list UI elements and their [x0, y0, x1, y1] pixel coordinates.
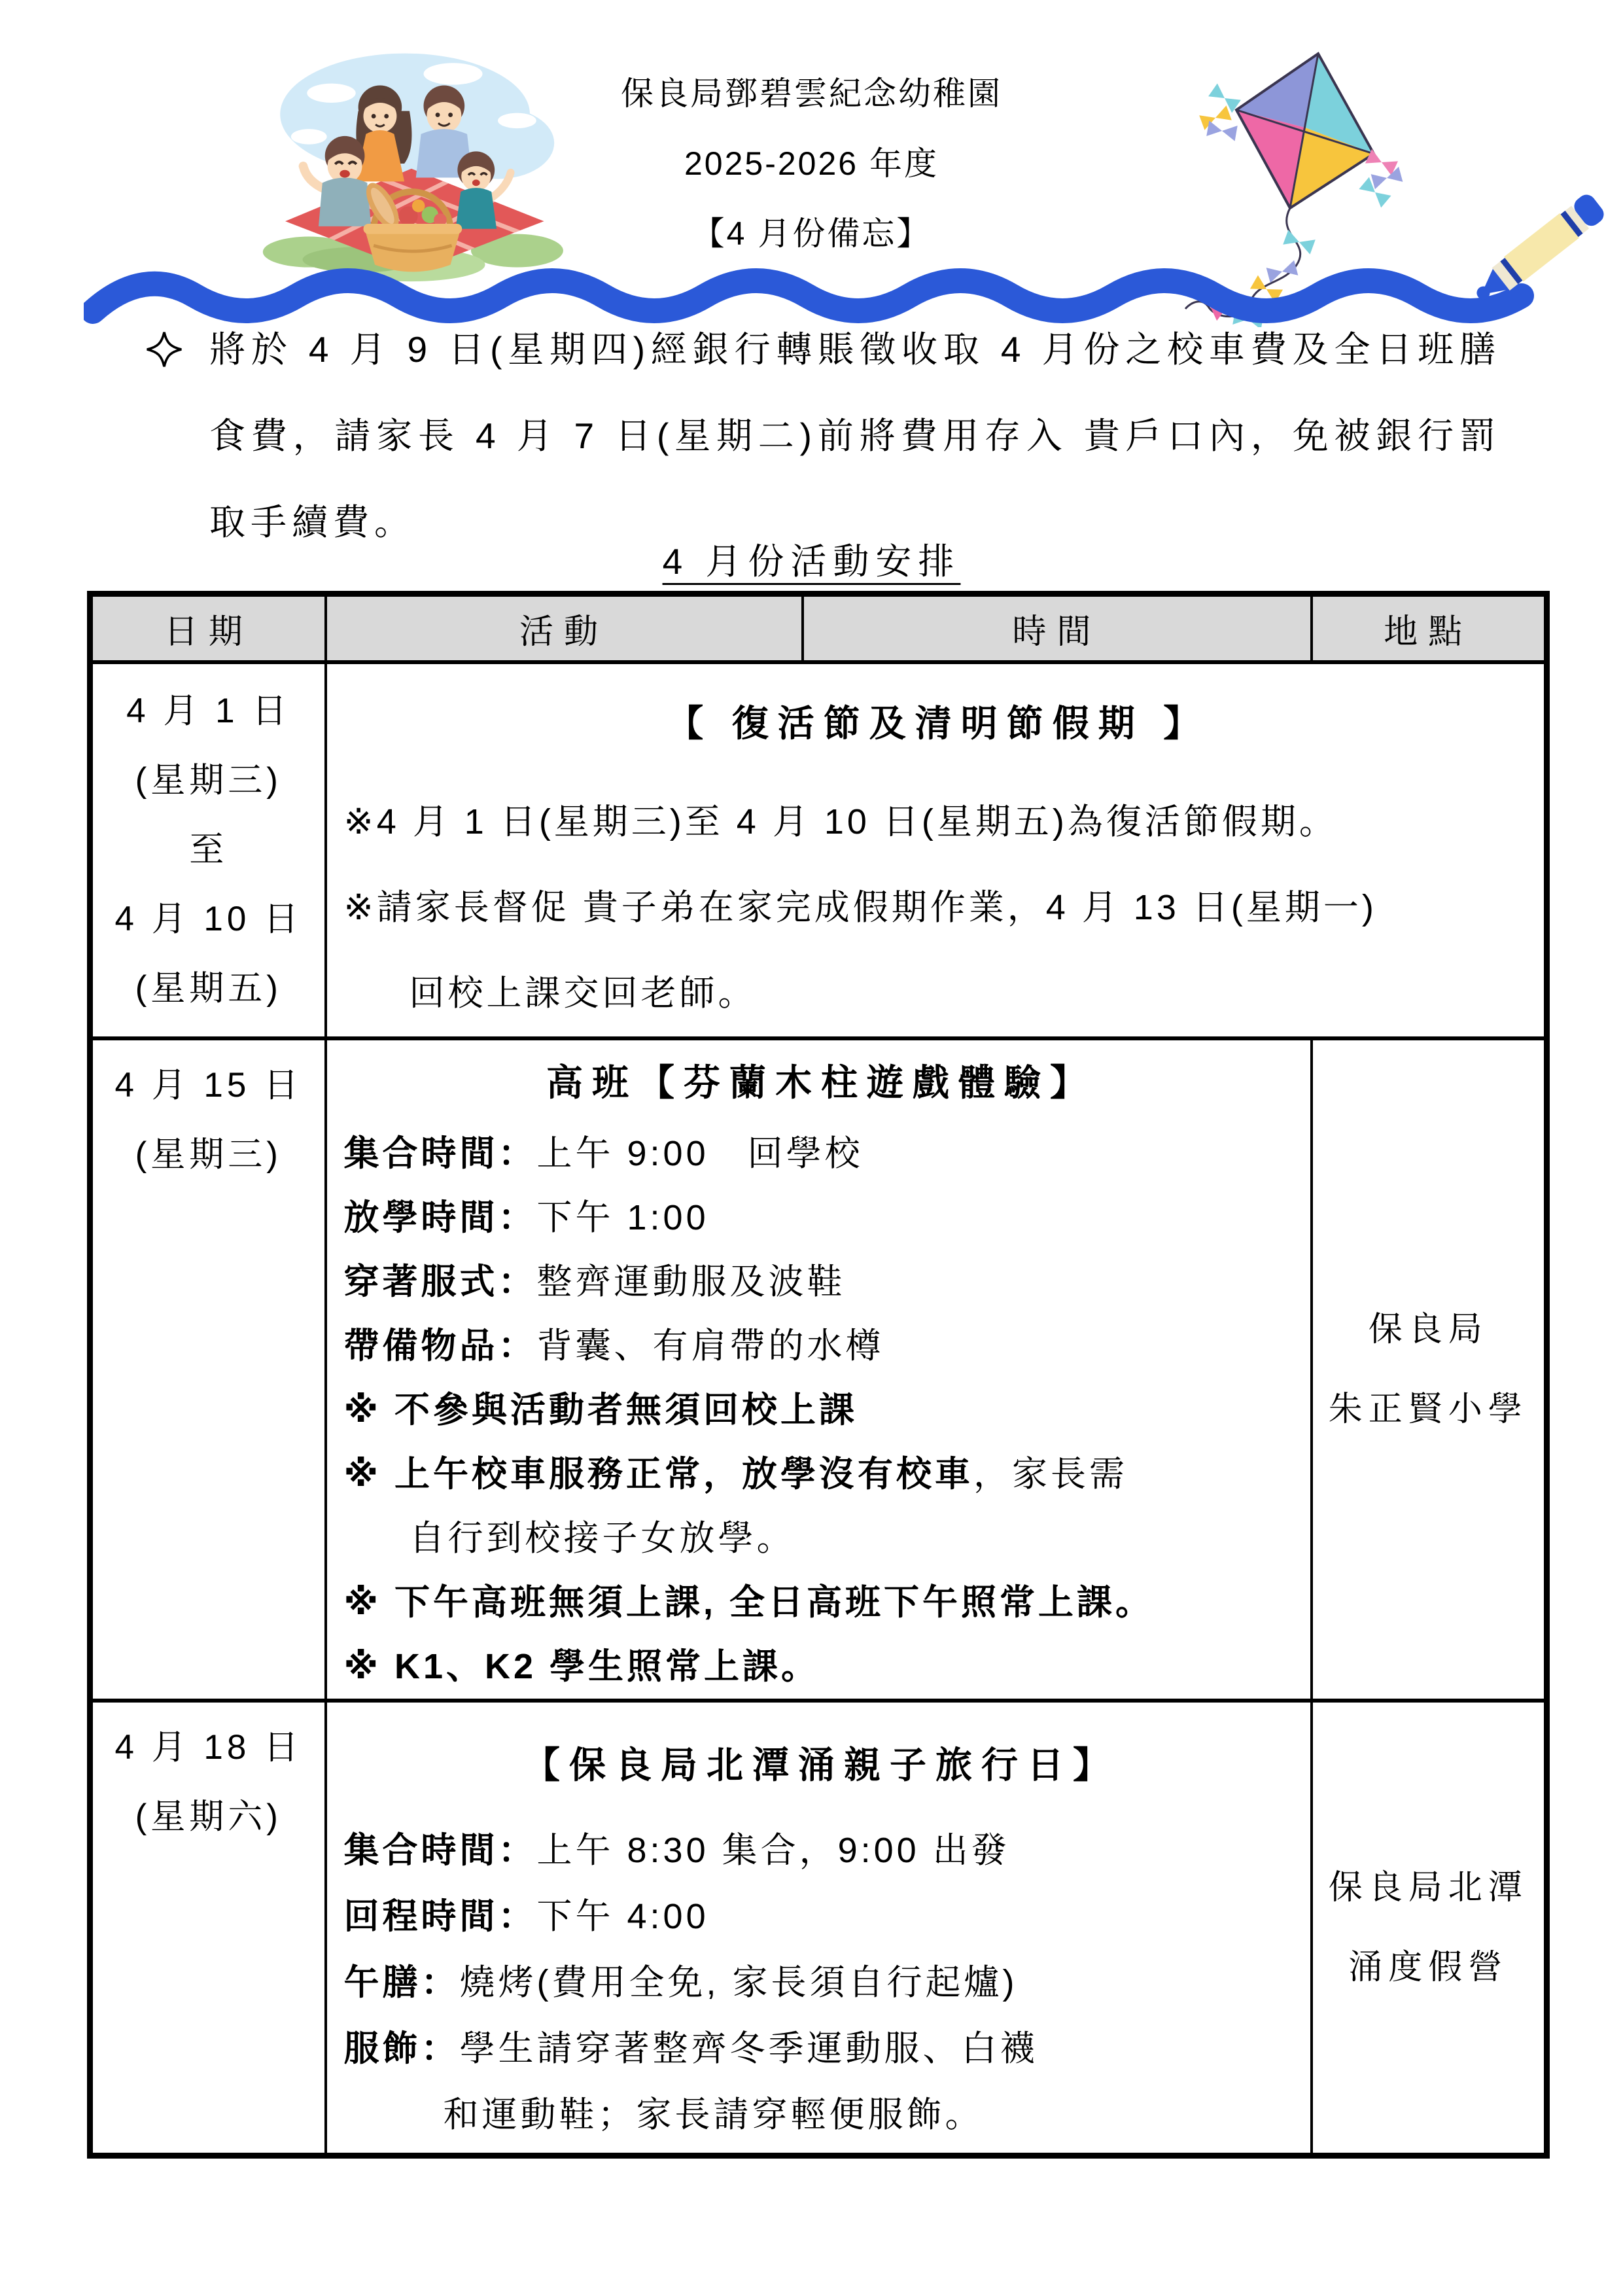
- activity-line: 穿著服式：整齊運動服及波鞋: [344, 1250, 1299, 1314]
- line-text: 整齊運動服及波鞋: [537, 1262, 846, 1301]
- line-text: 燒烤(費用全免, 家長須自行起爐): [460, 1963, 1018, 2002]
- activity-line: 帶備物品：背囊、有肩帶的水樽: [344, 1314, 1299, 1378]
- date-line: 4 月 18 日: [94, 1713, 324, 1782]
- activity-table: 日期 活動 時間 地點 4 月 1 日 (星期三) 至 4 月 10 日 (星期…: [87, 591, 1550, 2159]
- line-label: 服飾：: [344, 2029, 460, 2068]
- line-label: 午膳：: [344, 1963, 460, 2002]
- line-text: 下午 4:00: [537, 1897, 709, 1936]
- line-label: ※ 不參與活動者無須回校上課: [344, 1390, 858, 1430]
- activity-line: 集合時間：上午 9:00 回學校: [344, 1122, 1299, 1186]
- activity-line: ※4 月 1 日(星期三)至 4 月 10 日(星期五)為復活節假期。: [344, 779, 1533, 865]
- crayon-icon: [1471, 164, 1623, 321]
- date-line: 4 月 10 日: [94, 885, 324, 954]
- date-line: (星期三): [94, 746, 324, 815]
- activity-line: 放學時間：下午 1:00: [344, 1186, 1299, 1250]
- location-cell: 保良局 朱正賢小學: [1312, 1038, 1547, 1701]
- date-line: 4 月 15 日: [94, 1051, 324, 1120]
- notice-text: 將於 4 月 9 日(星期四)經銀行轉賬徵收取 4 月份之校車費及全日班膳食費，…: [209, 306, 1501, 565]
- line-label: 回程時間：: [344, 1897, 537, 1936]
- activity-line: 午膳：燒烤(費用全免, 家長須自行起爐): [344, 1950, 1299, 2016]
- notice-section: 將於 4 月 9 日(星期四)經銀行轉賬徵收取 4 月份之校車費及全日班膳食費，…: [145, 306, 1501, 565]
- location-line: 保良局北潭: [1314, 1848, 1544, 1928]
- date-line: (星期五): [94, 954, 324, 1023]
- memo-page: 保良局鄧碧雲紀念幼稚園 2025-2026 年度 【4 月份備忘】: [0, 0, 1623, 2296]
- line-label: 帶備物品：: [344, 1326, 537, 1366]
- column-header-activity: 活動: [326, 594, 803, 662]
- activity-line: 回程時間：下午 4:00: [344, 1884, 1299, 1950]
- column-header-location: 地點: [1312, 594, 1547, 662]
- activity-line: 集合時間：上午 8:30 集合，9:00 出發: [344, 1818, 1299, 1884]
- date-line: 至: [94, 815, 324, 885]
- date-cell: 4 月 18 日 (星期六): [90, 1701, 326, 2156]
- activity-line: ※ 上午校車服務正常，放學沒有校車，家長需: [344, 1442, 1299, 1506]
- location-line: 朱正賢小學: [1314, 1369, 1544, 1449]
- activity-line: 服飾：學生請穿著整齊冬季運動服、白襪: [344, 2016, 1299, 2082]
- location-cell: 保良局北潭 涌度假營: [1312, 1701, 1547, 2156]
- date-cell: 4 月 15 日 (星期三): [90, 1038, 326, 1701]
- line-label: 放學時間：: [344, 1198, 537, 1237]
- line-label: ※ 上午校車服務正常，放學沒有校車: [344, 1455, 974, 1494]
- activity-line: ※ 不參與活動者無須回校上課: [344, 1378, 1299, 1442]
- date-line: (星期六): [94, 1782, 324, 1852]
- header-row: 日期 活動 時間 地點: [90, 594, 1547, 662]
- line-text: ，家長需: [973, 1455, 1128, 1494]
- line-label: ※ K1、K2 學生照常上課。: [344, 1647, 820, 1686]
- date-cell: 4 月 1 日 (星期三) 至 4 月 10 日 (星期五): [90, 662, 326, 1038]
- line-label: 集合時間：: [344, 1134, 537, 1173]
- line-text: 背囊、有肩帶的水樽: [537, 1326, 884, 1366]
- column-header-date: 日期: [90, 594, 326, 662]
- activity-title: 【 復活節及清明節假期 】: [344, 668, 1533, 779]
- line-text: 上午 8:30 集合，9:00 出發: [537, 1831, 1010, 1870]
- location-line: 涌度假營: [1314, 1928, 1544, 2007]
- activity-row-easter-holiday: 4 月 1 日 (星期三) 至 4 月 10 日 (星期五) 【 復活節及清明節…: [90, 662, 1547, 1038]
- activity-line: ※ 下午高班無須上課, 全日高班下午照常上課。: [344, 1570, 1299, 1634]
- activity-line: ※請家長督促 貴子弟在家完成假期作業，4 月 13 日(星期一): [344, 865, 1533, 951]
- date-line: 4 月 1 日: [94, 677, 324, 746]
- activity-line: 自行到校接子女放學。: [344, 1506, 1299, 1570]
- activity-cell: 高班【芬蘭木柱遊戲體驗】 集合時間：上午 9:00 回學校 放學時間：下午 1:…: [326, 1038, 1312, 1701]
- activity-row-family-trip: 4 月 18 日 (星期六) 【保良局北潭涌親子旅行日】 集合時間：上午 8:3…: [90, 1701, 1547, 2156]
- column-header-time: 時間: [803, 594, 1312, 662]
- line-text: 學生請穿著整齊冬季運動服、白襪: [460, 2029, 1039, 2068]
- activity-row-finnish-game: 4 月 15 日 (星期三) 高班【芬蘭木柱遊戲體驗】 集合時間：上午 9:00…: [90, 1038, 1547, 1701]
- activity-line: 回校上課交回老師。: [344, 951, 1533, 1036]
- activity-title: 高班【芬蘭木柱遊戲體驗】: [344, 1044, 1299, 1122]
- schedule-title: 4 月份活動安排: [0, 535, 1623, 588]
- activity-title: 【保良局北潭涌親子旅行日】: [344, 1706, 1299, 1818]
- line-label: 集合時間：: [344, 1831, 537, 1870]
- date-line: (星期三): [94, 1120, 324, 1190]
- line-text: 上午 9:00 回學校: [537, 1134, 864, 1173]
- line-label: 穿著服式：: [344, 1262, 537, 1301]
- line-label: ※ 下午高班無須上課, 全日高班下午照常上課。: [344, 1583, 1155, 1622]
- location-line: 保良局: [1314, 1290, 1544, 1369]
- activity-cell: 【 復活節及清明節假期 】 ※4 月 1 日(星期三)至 4 月 10 日(星期…: [326, 662, 1547, 1038]
- activity-line: 和運動鞋；家長請穿輕便服飾。: [344, 2082, 1299, 2148]
- line-text: 下午 1:00: [537, 1198, 709, 1237]
- sparkle-bullet-icon: [145, 306, 187, 393]
- activity-line: ※ K1、K2 學生照常上課。: [344, 1634, 1299, 1699]
- activity-cell: 【保良局北潭涌親子旅行日】 集合時間：上午 8:30 集合，9:00 出發 回程…: [326, 1701, 1312, 2156]
